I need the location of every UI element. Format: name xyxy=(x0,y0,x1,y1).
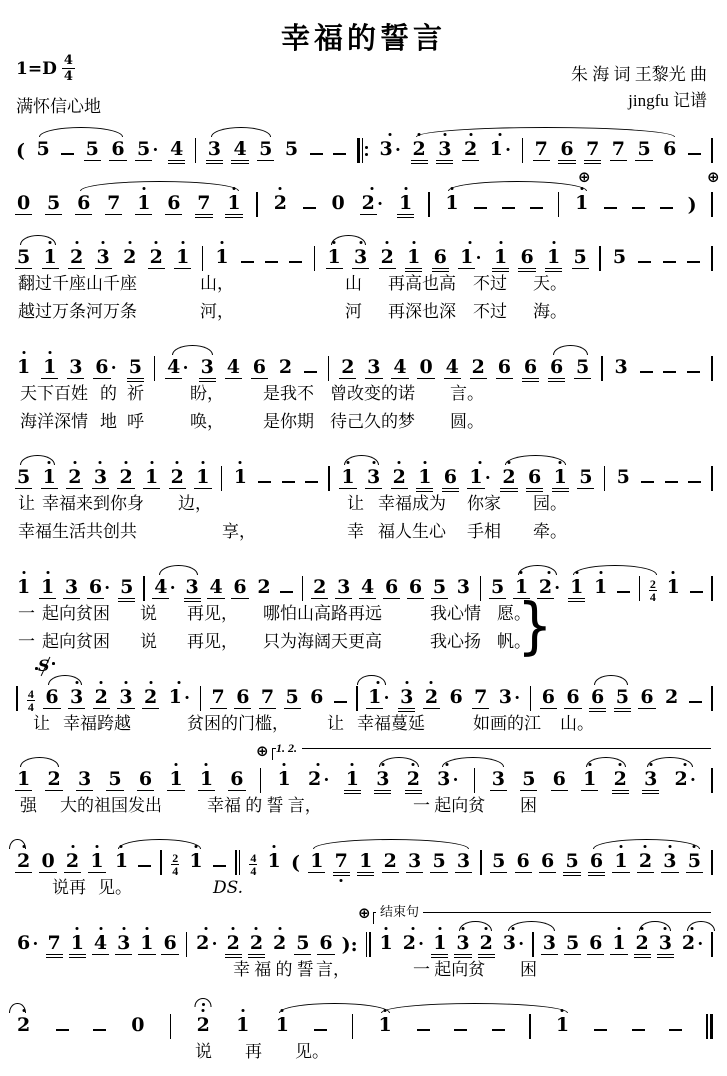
note-token: 1 xyxy=(417,468,432,492)
note-number: 1 xyxy=(489,140,504,164)
octave-dot-above xyxy=(221,241,224,244)
barline xyxy=(170,1014,172,1040)
note-token: 1 xyxy=(175,248,190,272)
note-number: 2 xyxy=(424,688,439,712)
note-token: 5 xyxy=(432,578,447,602)
octave-dot-above xyxy=(202,1009,205,1012)
note-number: 5 xyxy=(295,934,310,958)
octave-dot-above xyxy=(124,681,127,684)
note-number: 5 xyxy=(521,770,536,794)
note-token: 2 xyxy=(226,934,241,958)
dash-note xyxy=(303,207,316,209)
lyric-segment: 让 xyxy=(18,494,35,514)
notes-row: (5565·434553·2321·767756 xyxy=(16,118,713,164)
lyric-segment: 天下百姓 xyxy=(20,384,88,404)
note-number: 1 xyxy=(139,934,154,958)
barline xyxy=(480,576,482,602)
augmentation-dot: · xyxy=(513,689,520,712)
note-token: 1 xyxy=(406,248,421,272)
octave-dot-above xyxy=(561,1009,564,1012)
note-number: 7 xyxy=(534,140,549,164)
barline xyxy=(530,686,532,712)
note-token: 3 xyxy=(399,688,414,712)
note-token: 2 xyxy=(340,358,355,382)
note-token: 3 xyxy=(366,358,381,382)
lyric-segment: 边， xyxy=(178,494,212,514)
note-token: 6 xyxy=(44,688,59,712)
octave-dot-above xyxy=(617,927,620,930)
note-token: 5 xyxy=(615,688,630,712)
note-number: 6 xyxy=(433,248,448,272)
note-token: 1 xyxy=(136,194,151,218)
note-number: 2 xyxy=(16,1016,31,1040)
note-number: 5 xyxy=(128,358,143,382)
note-token: 5 xyxy=(636,140,651,164)
barline xyxy=(352,1014,354,1040)
note-token: 6 xyxy=(138,770,153,794)
dash-note xyxy=(641,481,654,483)
barline xyxy=(639,576,641,602)
augmentation-dot: · xyxy=(417,935,424,958)
note-number: 6 xyxy=(110,140,125,164)
octave-dot-above xyxy=(48,351,51,354)
note-token: 1 xyxy=(267,852,282,876)
octave-dot-above xyxy=(75,241,78,244)
lyric-segment: 祈 xyxy=(127,384,144,404)
octave-dot-above xyxy=(232,187,235,190)
lyric-segment: 我心情 xyxy=(430,604,481,624)
lyric-segment: 河， xyxy=(200,302,234,322)
note-token: 2 xyxy=(118,468,133,492)
note-token: 1 xyxy=(377,1016,392,1040)
note-token: 6 xyxy=(523,358,538,382)
note-number: 5 xyxy=(575,358,590,382)
note-number: 0 xyxy=(331,194,346,218)
octave-dot-above xyxy=(619,845,622,848)
note-token: 1 xyxy=(593,578,608,602)
note-number: 5 xyxy=(432,578,447,602)
note-token: 2 xyxy=(249,934,264,958)
note-number: 5 xyxy=(573,248,588,272)
octave-dot-above xyxy=(100,681,103,684)
note-number: 3 xyxy=(436,770,451,794)
note-token: 2 xyxy=(65,852,80,876)
note-token: 4 xyxy=(360,578,375,602)
note-token: 1 xyxy=(493,248,508,272)
lyric-segment: 唤， xyxy=(190,412,224,432)
note-number: 1 xyxy=(175,248,190,272)
note-token: 3 xyxy=(643,770,658,794)
time-signature-numerator: 4 xyxy=(62,54,75,69)
octave-dot-above xyxy=(145,927,148,930)
barline xyxy=(260,768,262,794)
augmentation-dot: · xyxy=(168,579,175,602)
lyric-segment: 幸福成为 xyxy=(378,494,446,514)
dash-note xyxy=(93,1029,106,1031)
slur-arc xyxy=(553,345,589,355)
note-number: 1 xyxy=(367,688,382,712)
note-number: 6 xyxy=(549,358,564,382)
lyric-segment: 不过 xyxy=(473,302,507,322)
barline xyxy=(356,686,358,712)
note-number: 1 xyxy=(43,248,58,272)
octave-dot-above xyxy=(333,241,336,244)
note-number: 2 xyxy=(312,578,327,602)
octave-dot-above xyxy=(22,351,25,354)
note-number: 3 xyxy=(69,688,84,712)
octave-dot-above xyxy=(485,927,488,930)
note-number: 2 xyxy=(65,852,80,876)
dash-note xyxy=(213,865,226,867)
note-number: 6 xyxy=(639,688,654,712)
note-token: 2 xyxy=(638,852,653,876)
lyric-segment: 待己久的梦 xyxy=(330,412,415,432)
note-token: 1 xyxy=(199,770,214,794)
note-token: 0 xyxy=(331,194,346,218)
note-number: 2 xyxy=(16,852,31,876)
note-token: 2 xyxy=(501,468,516,492)
system-6: 1136·54·34622346653512·11241一起向贫困说再见，哪怕山… xyxy=(0,556,727,658)
barline xyxy=(604,466,606,492)
octave-dot-above xyxy=(76,927,79,930)
lyric-segment: 一 xyxy=(18,632,35,652)
note-token: 4 xyxy=(226,358,241,382)
note-number: 4 xyxy=(232,140,247,164)
note-number: 2 xyxy=(94,688,109,712)
note-token: 2 xyxy=(170,468,185,492)
note-number: 3 xyxy=(68,358,83,382)
augmentation-dot: · xyxy=(103,579,110,602)
note-token: 1 xyxy=(168,770,183,794)
note-number: 6 xyxy=(523,358,538,382)
dash-note xyxy=(663,371,676,373)
note-token: 2· xyxy=(681,934,704,958)
barline xyxy=(256,192,258,218)
time-signature: 4 4 xyxy=(62,54,75,83)
note-token: 6 xyxy=(549,358,564,382)
octave-dot-above xyxy=(412,241,415,244)
octave-dot-above xyxy=(478,461,481,464)
barline xyxy=(302,576,304,602)
dash-note xyxy=(454,1029,467,1031)
note-number: 3 xyxy=(614,358,629,382)
lyric-segment: 幸福来到你身 xyxy=(42,494,144,514)
lyric-segment: 再深也深 xyxy=(388,302,456,322)
note-number: 3 xyxy=(336,578,351,602)
slur-arc xyxy=(573,565,657,575)
note-number: 5 xyxy=(119,578,134,602)
barline xyxy=(711,686,713,712)
note-number: 1 xyxy=(468,468,483,492)
augmentation-dot: · xyxy=(484,469,491,492)
lyric-segment: 说 xyxy=(140,632,157,652)
barline xyxy=(202,246,204,272)
note-token: 3 xyxy=(437,140,452,164)
octave-dot-above xyxy=(691,927,694,930)
notes-row: 1235611612·1323·3561232·⊕1. 2. xyxy=(16,748,713,794)
octave-dot-above xyxy=(552,241,555,244)
note-token: 6 xyxy=(639,688,654,712)
note-token: 5· xyxy=(136,140,159,164)
note-token: 5 xyxy=(575,358,590,382)
coda-icon: ⊕ xyxy=(578,170,591,185)
note-token: 3 xyxy=(353,248,368,272)
note-token: 7 xyxy=(611,140,626,164)
note-token: 1 xyxy=(611,934,626,958)
note-token: 1 xyxy=(42,468,57,492)
lyric-segment: 幸 xyxy=(347,522,364,542)
note-token: 7 xyxy=(260,688,275,712)
note-number: 1 xyxy=(199,770,214,794)
note-number: 3 xyxy=(378,140,393,164)
note-token: 1 xyxy=(235,1016,250,1040)
note-number: 2 xyxy=(383,852,398,876)
coda-icon: ⊕ xyxy=(358,906,371,921)
octave-dot-above xyxy=(412,763,415,766)
note-number: 1 xyxy=(188,852,203,876)
note-number: 6 xyxy=(448,688,463,712)
note-number: 1 xyxy=(593,578,608,602)
octave-dot-above xyxy=(205,763,208,766)
note-token: 1 xyxy=(276,770,291,794)
dash-note xyxy=(687,261,700,263)
octave-dot-above xyxy=(423,461,426,464)
note-number: 3 xyxy=(185,578,200,602)
note-token: 7 xyxy=(106,194,121,218)
song-title: 幸福的誓言 xyxy=(0,0,727,57)
barline xyxy=(221,466,223,492)
octave-dot-above xyxy=(512,927,515,930)
note-token: 3 xyxy=(336,578,351,602)
note-number: 7 xyxy=(585,140,600,164)
lyric-segment: 牵。 xyxy=(533,522,567,542)
note-token: 5 xyxy=(107,770,122,794)
note-token: 5 xyxy=(616,468,631,492)
augmentation-dot: · xyxy=(31,935,38,958)
note-number: 3 xyxy=(118,688,133,712)
lyric-segment: 见。 xyxy=(295,1042,329,1062)
coda-icon: ⊕ xyxy=(256,744,269,759)
octave-dot-above xyxy=(181,241,184,244)
note-number: 3 xyxy=(200,358,215,382)
note-number: 2 xyxy=(249,934,264,958)
octave-dot-above xyxy=(241,1009,244,1012)
note-number: 2 xyxy=(406,770,421,794)
note-token: 3 xyxy=(207,140,222,164)
note-number: 2 xyxy=(392,468,407,492)
note-token: 5 xyxy=(119,578,134,602)
note-token: 1 xyxy=(345,770,360,794)
note-token: 2 xyxy=(312,578,327,602)
system-5: 512321211132161·26155让幸福来到你身边，让幸福成为你家园。幸… xyxy=(0,446,727,548)
note-token: 5 xyxy=(284,140,299,164)
octave-dot-above xyxy=(370,187,373,190)
note-number: 5 xyxy=(431,852,446,876)
note-token: 2 xyxy=(256,578,271,602)
note-number: 4 xyxy=(360,578,375,602)
note-number: 3 xyxy=(498,688,513,712)
system-4: 1136·54·346223404266653天下百姓的祈盼，是我不曾改变的诺言… xyxy=(0,336,727,438)
note-token: 5 xyxy=(564,852,579,876)
note-number: 0 xyxy=(16,194,31,218)
note-number: 5 xyxy=(136,140,151,164)
note-token: 6· xyxy=(94,358,117,382)
system-8: 1235611612·1323·3561232·⊕1. 2.强大的祖国发出幸福 … xyxy=(0,748,727,822)
lyric-segment: 幸福生活共创共 xyxy=(18,522,137,542)
lyric-segment: 帆。 xyxy=(497,632,531,652)
note-token: 1 xyxy=(16,358,31,382)
dash-note xyxy=(663,261,676,263)
note-number: 6 xyxy=(497,358,512,382)
barline xyxy=(601,356,603,382)
time-signature: 44 xyxy=(249,852,257,878)
octave-dot-above xyxy=(239,461,242,464)
note-token: 2 xyxy=(406,770,421,794)
note-token: 3 xyxy=(658,934,673,958)
note-number: 3 xyxy=(96,248,111,272)
augmentation-dot: · xyxy=(382,689,389,712)
note-token: 4 xyxy=(208,578,223,602)
barline xyxy=(200,686,202,712)
slur-arc xyxy=(416,127,676,137)
octave-dot-above xyxy=(430,681,433,684)
dash-note xyxy=(280,591,293,593)
note-token: 1 xyxy=(553,468,568,492)
note-number: 6 xyxy=(162,934,177,958)
note-token: 3 xyxy=(64,578,79,602)
note-token: 6 xyxy=(497,358,512,382)
dash-note xyxy=(334,701,347,703)
note-token: 1 xyxy=(555,1016,570,1040)
note-number: 6 xyxy=(590,688,605,712)
barline xyxy=(558,192,560,218)
lyric-segment: 再见， xyxy=(187,632,238,652)
note-number: 7 xyxy=(611,140,626,164)
lyric-segment: 幸福 的 誓 言， xyxy=(207,796,322,816)
note-token: 1 xyxy=(358,852,373,876)
note-token: 3 xyxy=(185,578,200,602)
octave-dot-above xyxy=(120,845,123,848)
octave-dot-above xyxy=(195,845,198,848)
note-number: 2 xyxy=(412,140,427,164)
dash-note xyxy=(333,153,346,155)
note-token: 5 xyxy=(295,934,310,958)
lyric-line: 强大的祖国发出幸福 的 誓 言，一 起向贫困 xyxy=(0,794,727,822)
octave-dot-above xyxy=(672,571,675,574)
augmentation-dot: · xyxy=(553,579,560,602)
system-2: 05671671202·111)⊕⊕ xyxy=(0,172,727,218)
note-token: 3 xyxy=(93,468,108,492)
lyric-segment: 让 xyxy=(327,714,344,734)
note-number: 1 xyxy=(168,770,183,794)
note-token: 3· xyxy=(378,140,401,164)
note-token: 1 xyxy=(379,934,394,958)
lyric-segment: 说再 xyxy=(52,878,86,898)
note-token: 7 xyxy=(585,140,600,164)
note-token: 2 xyxy=(16,852,31,876)
dash-note xyxy=(669,1029,682,1031)
credits: 朱 海 词 王黎光 曲 jingfu 记谱 xyxy=(571,62,707,113)
credit-lyricist-composer: 朱 海 词 王黎光 曲 xyxy=(571,62,707,88)
dash-note xyxy=(314,1029,327,1031)
octave-dot-above xyxy=(102,241,105,244)
note-token: 5 xyxy=(46,194,61,218)
lyric-segment: 园。 xyxy=(533,494,567,514)
note-token: 3 xyxy=(375,770,390,794)
note-token: 5 xyxy=(16,248,31,272)
dash-note xyxy=(282,481,295,483)
lyric-segment: 翻过千座山千座 xyxy=(18,274,137,294)
note-number: 5 xyxy=(107,770,122,794)
note-number: 2 xyxy=(479,934,494,958)
note-number: 5 xyxy=(258,140,273,164)
note-number: 1 xyxy=(459,248,474,272)
note-token: 7 xyxy=(473,688,488,712)
note-number: 6 xyxy=(16,934,31,958)
note-token: 3 xyxy=(491,770,506,794)
note-token: 6 xyxy=(588,934,603,958)
lyric-segment: 曾改变的诺 xyxy=(330,384,415,404)
note-number: 6 xyxy=(384,578,399,602)
note-number: 2 xyxy=(402,934,417,958)
lyric-segment: 不过 xyxy=(473,274,507,294)
octave-dot-above xyxy=(385,927,388,930)
lyric-line: 天下百姓的祈盼，是我不曾改变的诺言。 xyxy=(0,382,727,410)
octave-dot-above xyxy=(641,927,644,930)
octave-dot-above xyxy=(155,241,158,244)
notes-row: 512321211132161·26155 xyxy=(16,446,713,492)
note-token: 3 xyxy=(96,248,111,272)
augmentation-dot: · xyxy=(151,141,158,164)
note-token: 5 xyxy=(35,140,50,164)
octave-dot-above xyxy=(71,845,74,848)
tempo-marking: 满怀信心地 xyxy=(16,92,101,117)
note-number: 3 xyxy=(64,578,79,602)
barline xyxy=(711,138,713,164)
note-token: 3· xyxy=(502,934,525,958)
note-number: 4 xyxy=(226,358,241,382)
note-number: 3 xyxy=(399,688,414,712)
augmentation-dot: · xyxy=(451,771,458,794)
slur-arc xyxy=(211,127,272,137)
octave-dot-above xyxy=(255,927,258,930)
note-number: 1 xyxy=(226,194,241,218)
barline xyxy=(143,576,145,602)
note-number: 6 xyxy=(588,934,603,958)
lyric-segment: 困 xyxy=(520,796,537,816)
note-number: 1 xyxy=(40,578,55,602)
time-signature: 44 xyxy=(27,688,35,714)
note-token: 3 xyxy=(455,934,470,958)
lyric-segment: 享， xyxy=(222,522,256,542)
lyric-segment: 海洋深情 xyxy=(20,412,88,432)
octave-dot-above xyxy=(548,571,551,574)
note-token: 4 xyxy=(392,358,407,382)
dash-note xyxy=(492,1029,505,1031)
note-number: 5 xyxy=(565,934,580,958)
note-number: 6 xyxy=(166,194,181,218)
note-token: 0 xyxy=(16,194,31,218)
volta-label: 1. 2. xyxy=(276,742,302,754)
note-number: 2 xyxy=(273,194,288,218)
note-number: 1 xyxy=(340,468,355,492)
note-number: 1 xyxy=(582,770,597,794)
note-number: 2 xyxy=(340,358,355,382)
octave-dot-above xyxy=(99,461,102,464)
lyric-segment: 我心扬 xyxy=(430,632,481,652)
octave-dot-above xyxy=(122,927,125,930)
note-token: 6· xyxy=(88,578,111,602)
